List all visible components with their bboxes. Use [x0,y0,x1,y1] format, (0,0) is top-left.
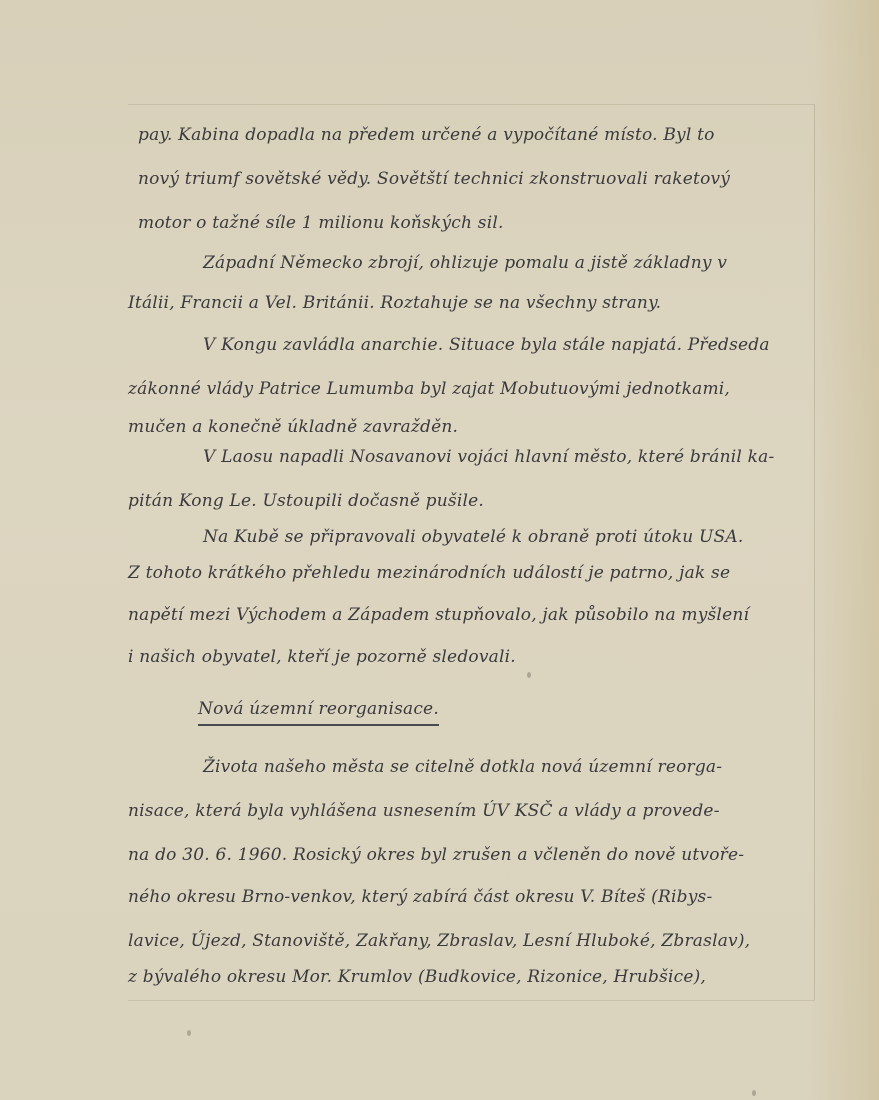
text-line: zákonné vlády Patrice Lumumba byl zajat … [128,374,730,404]
paper-speck [187,1030,191,1036]
text-line: Z tohoto krátkého přehledu mezinárodních… [128,558,730,588]
text-line: z bývalého okresu Mor. Krumlov (Budkovic… [128,962,706,992]
text-line: lavice, Újezd, Stanoviště, Zakřany, Zbra… [128,926,750,956]
text-line: mučen a konečně úkladně zavražděn. [128,412,458,442]
text-line: nový triumf sovětské vědy. Sovětští tech… [138,164,730,194]
text-line: V Laosu napadli Nosavanovi vojáci hlavní… [203,442,774,472]
text-line: Západní Německo zbrojí, ohlizuje pomalu … [203,248,727,278]
text-line: Na Kubě se připravovali obyvatelé k obra… [203,522,743,552]
text-line: nisace, která byla vyhlášena usnesením Ú… [128,796,720,826]
paper-speck [752,1090,756,1096]
text-line: i našich obyvatel, kteří je pozorně sled… [128,642,516,672]
text-line: ného okresu Brno-venkov, který zabírá čá… [128,882,712,912]
text-line: na do 30. 6. 1960. Rosický okres byl zru… [128,840,744,870]
text-line: pitán Kong Le. Ustoupili dočasně pušile. [128,486,484,516]
text-line: V Kongu zavládla anarchie. Situace byla … [203,330,770,360]
text-line: napětí mezi Východem a Západem stupňoval… [128,600,749,630]
text-line: Života našeho města se citelně dotkla no… [203,752,722,782]
paper-speck [527,672,531,678]
text-line: motor o tažné síle 1 milionu koňských si… [138,208,504,238]
scanned-page: pay. Kabina dopadla na předem určené a v… [0,0,879,1100]
text-line: pay. Kabina dopadla na předem určené a v… [138,120,715,150]
text-line: Itálii, Francii a Vel. Británii. Roztahu… [128,288,661,318]
section-heading: Nová územní reorganisace. [198,696,439,726]
